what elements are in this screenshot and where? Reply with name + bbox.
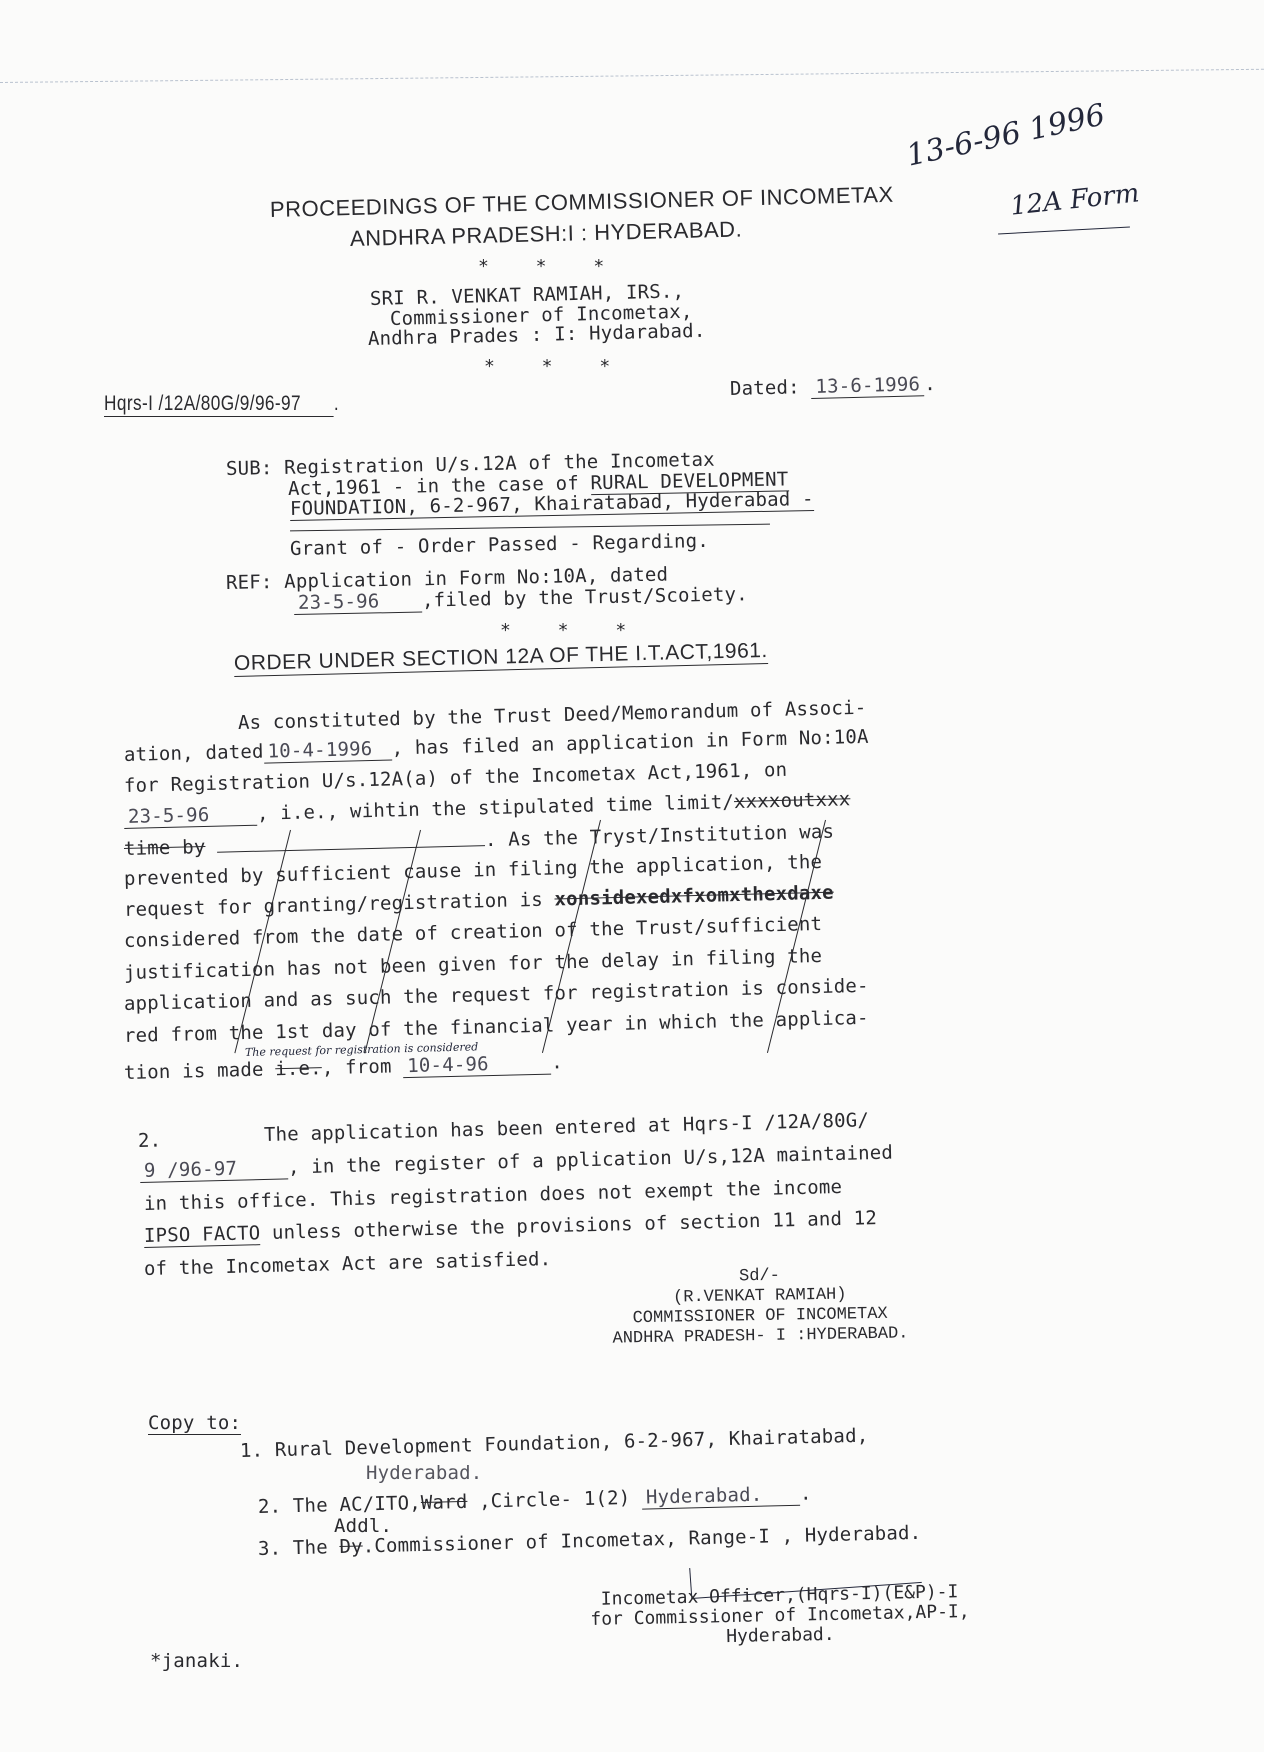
item-number: 2.: [258, 1495, 282, 1518]
para2-number: 2.: [138, 1129, 162, 1152]
text: ation, dated: [124, 741, 264, 766]
para2-line: of the Incometax Act are satisfied.: [144, 1248, 552, 1280]
struck-text: i.e.: [275, 1057, 322, 1080]
item-text: The AC/ITO,: [293, 1492, 422, 1517]
header-title-line2: ANDHRA PRADESH:I : HYDERABAD.: [350, 216, 743, 252]
item-text: .Commissioner of Incometax, Range-I , Hy…: [362, 1522, 921, 1558]
text: , in the register of a pplication U/s,12…: [288, 1142, 894, 1179]
order-heading: ORDER UNDER SECTION 12A OF THE I.T.ACT,1…: [234, 639, 768, 677]
signature-block: Sd/- (R.VENKAT RAMIAH) COMMISSIONER OF I…: [579, 1264, 940, 1350]
document-page: 13-6-96 1996 12A Form PROCEEDINGS OF THE…: [0, 0, 1264, 1752]
sub-label: SUB:: [226, 457, 273, 480]
typist-initials: *janaki.: [150, 1650, 243, 1672]
order-heading-text: ORDER UNDER SECTION 12A OF THE I.T.ACT,1…: [234, 639, 768, 677]
text: , has filed an application in Form No:10…: [391, 726, 869, 760]
item-text: The: [293, 1536, 328, 1559]
subject-stars: * * *: [500, 620, 644, 641]
ref-label: REF:: [226, 571, 273, 594]
para2-line: in this office. This registration does n…: [144, 1176, 843, 1215]
copy-item-2: 2. The AC/ITO,Ward ,Circle- 1(2) Hyderab…: [258, 1482, 812, 1519]
application-date: 23-5-96: [124, 803, 258, 829]
scan-top-edge: [0, 69, 1264, 83]
addl-insertion: Addl.: [334, 1515, 392, 1537]
subject-line4: Grant of - Order Passed - Regarding.: [290, 530, 709, 560]
copy-to-text: Copy to:: [148, 1412, 241, 1435]
deed-date: 10-4-1996: [263, 737, 392, 763]
header-title-line1: PROCEEDINGS OF THE COMMISSIONER OF INCOM…: [270, 182, 894, 223]
struck-text: time by: [124, 836, 206, 860]
para1-line: considered from the date of creation of …: [124, 913, 823, 952]
item-text: ,Circle- 1(2): [479, 1487, 631, 1513]
struck-text: xxxxoutxxx: [734, 788, 851, 813]
text: , from: [322, 1055, 392, 1079]
copy-to-label: Copy to:: [148, 1412, 241, 1435]
text: . As the Tryst/Institution was: [485, 821, 835, 852]
struck-text: Ward: [421, 1491, 468, 1514]
ref-date: 23-5-96: [294, 590, 422, 615]
dated-value: 13-6-1996: [811, 373, 924, 399]
dated-line: Dated: 13-6-1996.: [730, 373, 936, 401]
para2-line: The application has been entered at Hqrs…: [264, 1109, 870, 1146]
copy-item-1: 1. Rural Development Foundation, 6-2-967…: [240, 1425, 869, 1462]
text: request for granting/registration is: [124, 889, 543, 921]
ipso-facto: IPSO FACTO: [144, 1222, 261, 1248]
blank-fill: [217, 845, 485, 853]
para2-line: IPSO FACTO unless otherwise the provisio…: [144, 1207, 878, 1248]
para1-line: tion is made i.e., from 10-4-96.: [124, 1051, 563, 1085]
text: unless otherwise the provisions of secti…: [272, 1207, 878, 1244]
text: tion is made: [124, 1059, 264, 1084]
register-number: 9 /96-97: [140, 1156, 289, 1183]
copy-item-1-line2: Hyderabad.: [366, 1462, 482, 1484]
handwritten-date: 13-6-96 1996: [904, 97, 1108, 173]
struck-text: xonsidexedxfxomxthexdaxe: [554, 882, 834, 911]
effective-date: 10-4-96: [403, 1052, 552, 1079]
header-stars: * * *: [478, 256, 622, 277]
handwritten-underline: [998, 227, 1130, 235]
header-stars-2: * * *: [484, 356, 628, 377]
handwritten-note: 12A Form: [1009, 178, 1141, 221]
issuer-block: Incometax Officer,(Hqrs-I)(E&P)-I for Co…: [569, 1582, 990, 1651]
item-number: 3.: [258, 1537, 282, 1560]
file-number-value: Hqrs-I /12A/80G/9/96-97: [104, 392, 334, 417]
item-text: Rural Development Foundation, 6-2-967, K…: [275, 1425, 869, 1461]
item-number: 1.: [240, 1439, 264, 1462]
struck-text: Dy: [339, 1535, 363, 1558]
text: , i.e., wihtin the stipulated time limit…: [257, 791, 735, 825]
item-fill: Hyderabad.: [642, 1483, 801, 1510]
file-number: Hqrs-I /12A/80G/9/96-97.: [104, 392, 339, 417]
dated-label: Dated:: [730, 376, 800, 400]
para1-line: red from the 1st day of the financial ye…: [124, 1007, 869, 1047]
